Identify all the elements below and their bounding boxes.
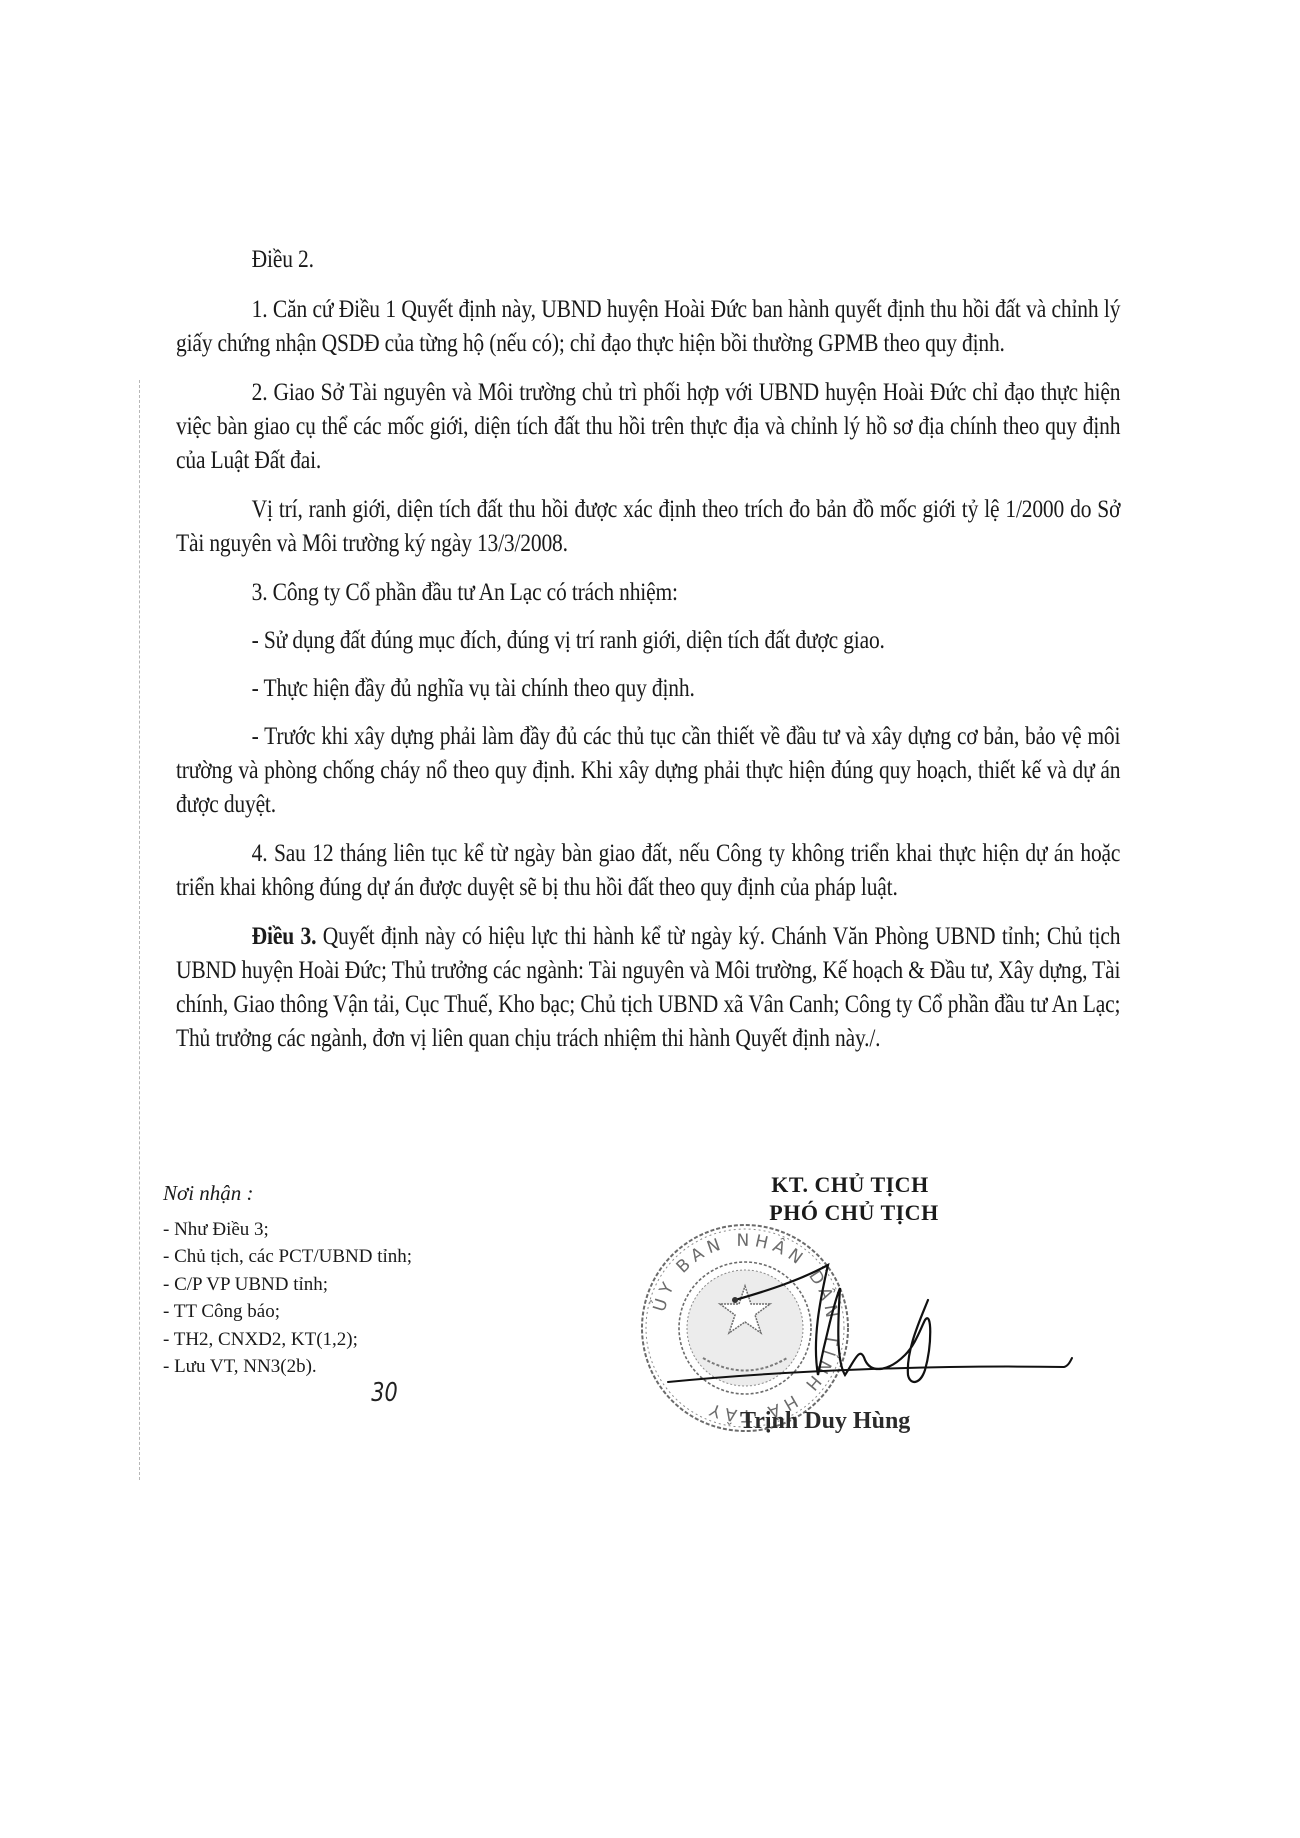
article-3-heading: Điều 3. (252, 923, 317, 950)
article-3: Điều 3. Quyết định này có hiệu lực thi h… (176, 920, 1120, 1056)
article-2-location-note: Vị trí, ranh giới, diện tích đất thu hồi… (176, 493, 1120, 561)
obligation-item: - Trước khi xây dựng phải làm đầy đủ các… (176, 720, 1120, 822)
obligation-item: - Sử dụng đất đúng mục đích, đúng vị trí… (176, 624, 1120, 658)
document-body: Điều 2. 1. Căn cứ Điều 1 Quyết định này,… (176, 243, 1120, 1071)
signature-block: ỦY BAN NHÂN DÂN TỈNH HÀ TÂY KT. CHỦ TỊCH… (640, 1170, 1080, 1450)
document-page: Điều 2. 1. Căn cứ Điều 1 Quyết định này,… (0, 0, 1300, 1838)
handwritten-page-count: 30 (371, 1378, 397, 1408)
recipient-item: - C/P VP UBND tỉnh; (163, 1271, 412, 1299)
recipient-item: - TT Công báo; (163, 1298, 412, 1326)
recipients-block: Nơi nhận : - Như Điều 3; - Chủ tịch, các… (163, 1180, 412, 1381)
article-2-clause-3: 3. Công ty Cổ phần đầu tư An Lạc có trác… (176, 576, 1120, 610)
recipients-title: Nơi nhận : (163, 1180, 412, 1208)
article-2-heading: Điều 2. (176, 243, 1120, 277)
article-2-clause-4: 4. Sau 12 tháng liên tục kể từ ngày bàn … (176, 837, 1120, 905)
article-2-clause-2: 2. Giao Sở Tài nguyên và Môi trường chủ … (176, 376, 1120, 478)
article-2-clause-1: 1. Căn cứ Điều 1 Quyết định này, UBND hu… (176, 293, 1120, 361)
article-3-text: Quyết định này có hiệu lực thi hành kể t… (176, 923, 1120, 1052)
recipient-item: - Lưu VT, NN3(2b). (163, 1353, 412, 1381)
recipient-item: - Như Điều 3; (163, 1216, 412, 1244)
obligation-item: - Thực hiện đầy đủ nghĩa vụ tài chính th… (176, 672, 1120, 706)
scan-margin-line (139, 380, 141, 1480)
signer-name: Trịnh Duy Hùng (740, 1408, 960, 1435)
recipient-item: - TH2, CNXD2, KT(1,2); (163, 1326, 412, 1354)
recipient-item: - Chủ tịch, các PCT/UBND tỉnh; (163, 1243, 412, 1271)
